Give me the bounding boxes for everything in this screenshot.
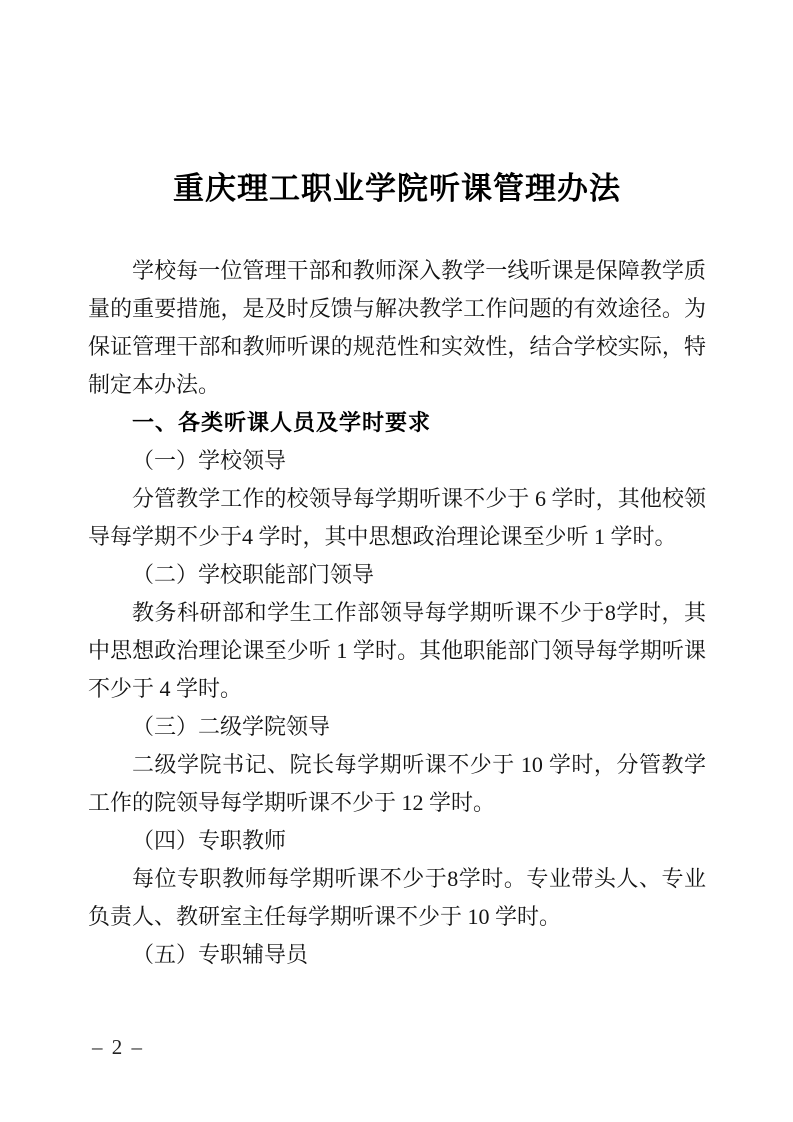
subsection-body-secondary-college-leaders: 二级学院书记、院长每学期听课不少于 10 学时，分管教学工作的院领导每学期听课不… — [88, 746, 706, 822]
subsection-body-school-leaders: 分管教学工作的校领导每学期听课不少于 6 学时，其他校领导每学期不少于4 学时，… — [88, 480, 706, 556]
subsection-label-secondary-college-leaders: （三）二级学院领导 — [88, 708, 706, 746]
subsection-label-fulltime-teachers: （四）专职教师 — [88, 822, 706, 860]
document-page: 重庆理工职业学院听课管理办法 学校每一位管理干部和教师深入教学一线听课是保障教学… — [0, 0, 793, 1122]
section-heading: 一、各类听课人员及学时要求 — [88, 404, 706, 442]
section-listening-requirements: 一、各类听课人员及学时要求 （一）学校领导 分管教学工作的校领导每学期听课不少于… — [88, 404, 706, 974]
subsection-label-school-leaders: （一）学校领导 — [88, 442, 706, 480]
subsection-label-fulltime-counselors: （五）专职辅导员 — [88, 936, 706, 974]
subsection-label-functional-dept-leaders: （二）学校职能部门领导 — [88, 556, 706, 594]
intro-paragraph: 学校每一位管理干部和教师深入教学一线听课是保障教学质量的重要措施，是及时反馈与解… — [88, 252, 706, 404]
document-title: 重庆理工职业学院听课管理办法 — [88, 170, 706, 207]
subsection-body-functional-dept-leaders: 教务科研部和学生工作部领导每学期听课不少于8学时，其中思想政治理论课至少听 1 … — [88, 594, 706, 708]
subsection-body-fulltime-teachers: 每位专职教师每学期听课不少于8学时。专业带头人、专业负责人、教研室主任每学期听课… — [88, 860, 706, 936]
page-number: – 2 – — [92, 1034, 144, 1060]
